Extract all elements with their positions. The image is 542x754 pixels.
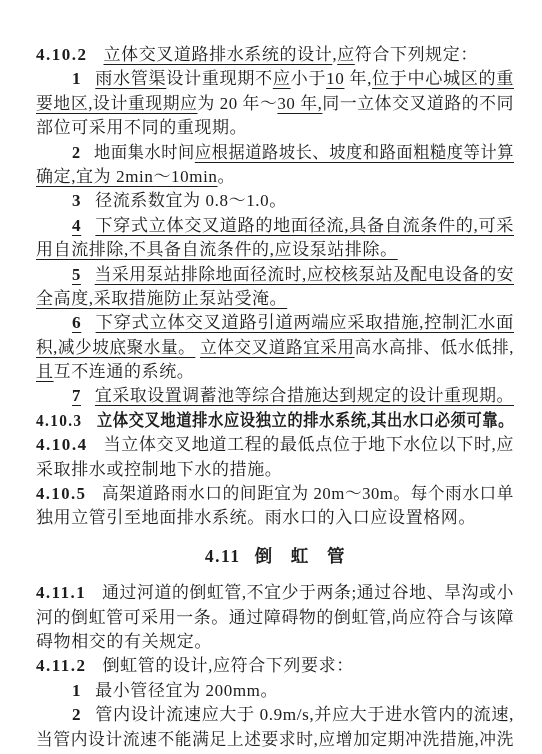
line-content: 1最小管径宜为 200mm。 — [72, 679, 278, 703]
item-6-line-3: 且互不连通的系统。 — [36, 360, 514, 384]
item-1-line-1: 1雨水管渠设计重现期不应小于10 年,位于中心城区的重 — [36, 67, 514, 91]
clause-4-10-5-line-1: 4.10.5高架道路雨水口的间距宜为 20m～30m。每个雨水口单 — [36, 482, 514, 506]
line-content: 且互不连通的系统。 — [36, 360, 194, 384]
item-5-line-2: 全高度,采取措施防止泵站受淹。 — [36, 287, 514, 311]
text-run: 全高度,采取措施防止泵站受淹。 — [36, 289, 287, 308]
item-number: 5 — [72, 265, 81, 284]
text-run: 地面集水时间 — [94, 143, 195, 162]
text-run: 要地区,设计重现期应 — [36, 94, 198, 113]
text-run: 立体交叉道路排水系统的设计 — [104, 45, 333, 64]
text-run: 通过河道的倒虹管,不宜少于两条;通过谷地、旱沟或小 — [102, 583, 514, 602]
clause-4-11-2-line: 4.11.2倒虹管的设计,应符合下列要求： — [36, 654, 514, 678]
text-run: 管内设计流速应大于 0.9m/s,并应大于进水管内的流速, — [95, 705, 514, 724]
text-run: 确定,宜为 2min～10min — [36, 167, 218, 186]
item-2b-line-2: 当管内设计流速不能满足上述要求时,应增加定期冲洗措施,冲洗 — [36, 728, 514, 752]
line-content: 用自流排除,不具备自流条件的,应设泵站排除。 — [36, 238, 398, 262]
text-run: 独用立管引至地面排水系统。雨水口的入口应设置格网。 — [36, 508, 476, 527]
item-2-line-1: 2地面集水时间应根据道路坡长、坡度和路面粗糙度等计算 — [36, 141, 514, 165]
line-content: 2地面集水时间应根据道路坡长、坡度和路面粗糙度等计算 — [72, 141, 514, 165]
text-run: 河的倒虹管可采用一条。通过障碍物的倒虹管,尚应符合与该障 — [36, 608, 514, 627]
item-1-line-2: 要地区,设计重现期应为 20 年～30 年,同一立体交叉道路的不同 — [36, 92, 514, 116]
line-content: 4.11.2倒虹管的设计,应符合下列要求： — [36, 654, 354, 678]
text-run: 符合下列规定： — [355, 45, 478, 64]
text-run: 且 — [36, 362, 54, 381]
line-content: 全高度,采取措施防止泵站受淹。 — [36, 287, 287, 311]
item-4-line-1: 4下穿式立体交叉道路的地面径流,具备自流条件的,可采 — [36, 214, 514, 238]
text-run: 立体交叉道路宜采用 — [200, 338, 355, 357]
text-run: 高水高排、低水低排, — [355, 338, 514, 357]
text-run: 高架道路雨水口的间距宜为 20m～30m。每个雨水口单 — [102, 484, 514, 503]
text-run: 设计重现期不 — [166, 69, 273, 88]
text-run: 为 20 年～ — [198, 94, 278, 113]
line-content: 确定,宜为 2min～10min。 — [36, 165, 235, 189]
text-run: 下穿式立体交叉道路引道两端应采取措施,控制汇水面 — [96, 313, 514, 332]
line-content: 4.10.3立体交叉地道排水应设独立的排水系统,其出水口必须可靠。 — [36, 409, 514, 433]
text-run: 用自流排除,不具备自流条件的,应设泵站排除。 — [36, 240, 398, 259]
item-3-line-1: 3径流系数宜为 0.8～1.0。 — [36, 189, 514, 213]
item-number: 7 — [72, 386, 81, 405]
clause-number: 4.10.4 — [36, 435, 88, 454]
text-run: 下穿式立体交叉道路的地面径流,具备自流条件的,可采 — [95, 216, 514, 235]
item-2b-line-1: 2管内设计流速应大于 0.9m/s,并应大于进水管内的流速, — [36, 703, 514, 727]
text-run: 立体交叉地道排水应设独立的排水系统,其出水口必须可靠。 — [97, 411, 514, 430]
item-5-line-1: 5当采用泵站排除地面径流时,应校核泵站及配电设备的安 — [36, 263, 514, 287]
line-content: 7宜采取设置调蓄池等综合措施达到规定的设计重现期。 — [72, 384, 514, 408]
item-2-line-2: 确定,宜为 2min～10min。 — [36, 165, 514, 189]
clause-4-10-4-line-2: 采取排水或控制地下水的措施。 — [36, 458, 514, 482]
text-run: 应根据道路坡长、坡度和路面粗糙度等计算 — [195, 143, 514, 162]
text-run: 年, — [344, 69, 372, 88]
line-content: 河的倒虹管可采用一条。通过障碍物的倒虹管,尚应符合与该障 — [36, 606, 514, 630]
item-number: 3 — [72, 191, 81, 210]
item-1b-line-1: 1最小管径宜为 200mm。 — [36, 679, 514, 703]
item-6-line-1: 6下穿式立体交叉道路引道两端应采取措施,控制汇水面 — [36, 311, 514, 335]
line-content: 要地区,设计重现期应为 20 年～30 年,同一立体交叉道路的不同 — [36, 92, 514, 116]
line-content: 4.11.1通过河道的倒虹管,不宜少于两条;通过谷地、旱沟或小 — [36, 581, 514, 605]
item-number: 1 — [72, 681, 81, 700]
item-number: 2 — [72, 143, 81, 162]
text-run: 积,减少坡底聚水量。 — [36, 338, 195, 357]
line-content: 6下穿式立体交叉道路引道两端应采取措施,控制汇水面 — [72, 311, 514, 335]
text-run: 30 年, — [277, 94, 322, 113]
text-run: 位于中心城区的重 — [372, 69, 514, 88]
line-content: 5当采用泵站排除地面径流时,应校核泵站及配电设备的安 — [72, 263, 514, 287]
line-content: 当管内设计流速不能满足上述要求时,应增加定期冲洗措施,冲洗 — [36, 728, 514, 752]
text-run: 应 — [337, 45, 355, 64]
line-content: 碍物相交的有关规定。 — [36, 630, 212, 654]
text-run: 。 — [218, 167, 236, 186]
line-content: 4下穿式立体交叉道路的地面径流,具备自流条件的,可采 — [72, 214, 514, 238]
item-number: 4 — [72, 216, 81, 235]
item-7-line-1: 7宜采取设置调蓄池等综合措施达到规定的设计重现期。 — [36, 384, 514, 408]
text-run: 互不连通的系统。 — [54, 362, 195, 381]
item-number: 2 — [72, 705, 81, 724]
line-content: 4.11倒 虹 管 — [205, 544, 345, 568]
clause-4-10-2-line: 4.10.2立体交叉道路排水系统的设计,应符合下列规定： — [36, 43, 514, 67]
text-run: 倒虹管的设计,应符合下列要求： — [103, 656, 354, 675]
clause-4-11-1-line-1: 4.11.1通过河道的倒虹管,不宜少于两条;通过谷地、旱沟或小 — [36, 581, 514, 605]
clause-number: 4.11.2 — [36, 656, 87, 675]
line-content: 4.10.4当立体交叉地道工程的最低点位于地下水位以下时,应 — [36, 433, 514, 457]
text-run: 应 — [273, 69, 291, 88]
text-run: 小于 — [291, 69, 327, 88]
item-number: 6 — [72, 313, 81, 332]
text-run: 采取排水或控制地下水的措施。 — [36, 460, 282, 479]
clause-4-11-1-line-2: 河的倒虹管可采用一条。通过障碍物的倒虹管,尚应符合与该障 — [36, 606, 514, 630]
text-run: 当立体交叉地道工程的最低点位于地下水位以下时,应 — [104, 435, 514, 454]
line-content: 3径流系数宜为 0.8～1.0。 — [72, 189, 287, 213]
text-run: 最小管径宜为 200mm。 — [95, 681, 278, 700]
text-run: 部位可采用不同的重现期。 — [36, 118, 247, 137]
clause-4-10-4-line-1: 4.10.4当立体交叉地道工程的最低点位于地下水位以下时,应 — [36, 433, 514, 457]
clause-number: 4.10.3 — [36, 411, 82, 430]
item-1-line-3: 部位可采用不同的重现期。 — [36, 116, 514, 140]
document-text-block: 4.10.2立体交叉道路排水系统的设计,应符合下列规定：1雨水管渠设计重现期不应… — [0, 0, 542, 752]
clause-number: 4.10.5 — [36, 484, 86, 503]
clause-4-10-5-line-2: 独用立管引至地面排水系统。雨水口的入口应设置格网。 — [36, 506, 514, 530]
line-content: 4.10.2立体交叉道路排水系统的设计,应符合下列规定： — [36, 43, 478, 67]
text-run: 当管内设计流速不能满足上述要求时,应增加定期冲洗措施,冲洗 — [36, 730, 514, 749]
line-content: 2管内设计流速应大于 0.9m/s,并应大于进水管内的流速, — [72, 703, 514, 727]
section-heading-4-11: 4.11倒 虹 管 — [36, 544, 514, 568]
clause-number: 4.11.1 — [36, 583, 86, 602]
line-content: 采取排水或控制地下水的措施。 — [36, 458, 282, 482]
item-6-line-2: 积,减少坡底聚水量。 立体交叉道路宜采用高水高排、低水低排, — [36, 336, 514, 360]
text-run: 10 — [326, 69, 344, 88]
line-content: 独用立管引至地面排水系统。雨水口的入口应设置格网。 — [36, 506, 476, 530]
clause-4-11-1-line-3: 碍物相交的有关规定。 — [36, 630, 514, 654]
text-run: 雨水管渠 — [95, 69, 166, 88]
document-page: 4.10.2立体交叉道路排水系统的设计,应符合下列规定：1雨水管渠设计重现期不应… — [0, 0, 542, 754]
line-content: 4.10.5高架道路雨水口的间距宜为 20m～30m。每个雨水口单 — [36, 482, 514, 506]
text-run: 同一立体交叉道路的不同 — [322, 94, 514, 113]
item-4-line-2: 用自流排除,不具备自流条件的,应设泵站排除。 — [36, 238, 514, 262]
heading-number: 4.11 — [205, 546, 241, 566]
text-run: 宜采取设置调蓄池等综合措施达到规定的设计重现期。 — [95, 386, 514, 405]
text-run: 径流系数宜为 0.8～1.0。 — [95, 191, 287, 210]
line-content: 1雨水管渠设计重现期不应小于10 年,位于中心城区的重 — [72, 67, 514, 91]
clause-4-10-3-line: 4.10.3立体交叉地道排水应设独立的排水系统,其出水口必须可靠。 — [36, 409, 514, 433]
clause-number: 4.10.2 — [36, 45, 88, 64]
item-number: 1 — [72, 69, 81, 88]
text-run: 倒 虹 管 — [255, 546, 346, 566]
line-content: 积,减少坡底聚水量。 立体交叉道路宜采用高水高排、低水低排, — [36, 336, 514, 360]
text-run: 当采用泵站排除地面径流时,应校核泵站及配电设备的安 — [95, 265, 514, 284]
line-content: 部位可采用不同的重现期。 — [36, 116, 247, 140]
text-run: 碍物相交的有关规定。 — [36, 632, 212, 651]
